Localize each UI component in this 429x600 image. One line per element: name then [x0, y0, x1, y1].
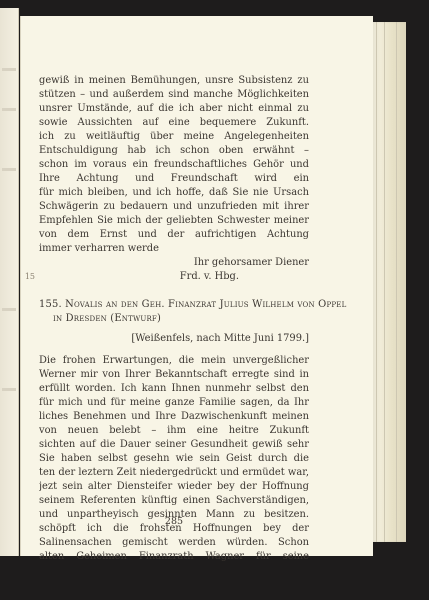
line-text: ten der leztern Zeit niedergedrückt und …: [39, 467, 309, 480]
line-text: für mich und für meine ganze Familie sag…: [39, 397, 309, 410]
text-line: Salinensachen gemischt werden würden. Sc…: [39, 536, 309, 550]
line-text: Werner mir von Ihrer Bekanntschaft erreg…: [39, 369, 309, 382]
book-page: gewiß in meinen Bemühungen, unsre Subsis…: [20, 16, 373, 556]
line-text: jezt sein alter Diensteifer wieder bey d…: [39, 481, 309, 494]
line-text: ich zu weitläuftig über meine Angelegenh…: [39, 131, 309, 144]
text-line: liches Benehmen und Ihre Dazwischenkunft…: [39, 410, 309, 424]
text-line: erfüllt worden. Ich kann Ihnen nunmehr s…: [39, 382, 309, 396]
text-line: 5ich zu weitläuftig über meine Angelegen…: [39, 130, 309, 144]
text-line: 10Schwägerin zu bedauern und unzufrieden…: [39, 200, 309, 214]
line-text: alten Geheimen Finanzrath Wagner für sei…: [39, 551, 309, 564]
line-text: erfüllt worden. Ich kann Ihnen nunmehr s…: [39, 383, 309, 396]
text-line: jezt sein alter Diensteifer wieder bey d…: [39, 480, 309, 494]
text-line: für mich bleiben, und ich hoffe, daß Sie…: [39, 186, 309, 200]
dateline: [Weißenfels, nach Mitte Juni 1799.]: [39, 332, 309, 346]
line-text: von dem Ernst und der aufrichtigen Achtu…: [39, 229, 309, 242]
text-line: alten Geheimen Finanzrath Wagner für sei…: [39, 550, 309, 564]
text-line: von dem Ernst und der aufrichtigen Achtu…: [39, 228, 309, 242]
line-text: liches Benehmen und Ihre Dazwischenkunft…: [39, 411, 309, 424]
letter-body: Die frohen Erwartungen, die mein unverge…: [39, 354, 309, 564]
line-text: Entschuldigung hab ich schon oben erwähn…: [39, 145, 309, 158]
bleed-through-text: [2, 168, 16, 171]
text-line: 25sichten auf die Dauer seiner Gesundhei…: [39, 438, 309, 452]
text-line: Empfehlen Sie mich der geliebten Schwest…: [39, 214, 309, 228]
line-text: unsrer Umstände, auf die ich aber nicht …: [39, 103, 309, 116]
text-line: Die frohen Erwartungen, die mein unverge…: [39, 354, 309, 368]
bleed-through-text: [2, 108, 16, 111]
line-text: Sie haben selbst gesehn wie sein Geist d…: [39, 453, 309, 466]
page-content: gewiß in meinen Bemühungen, unsre Subsis…: [39, 74, 309, 564]
line-text: sichten auf die Dauer seiner Gesundheit …: [39, 439, 309, 452]
bleed-through-text: [2, 308, 16, 311]
page-stack-edge: [370, 22, 406, 542]
bleed-through-text: [2, 388, 16, 391]
text-line: Entschuldigung hab ich schon oben erwähn…: [39, 144, 309, 158]
line-text: Schwägerin zu bedauern und unzufrieden m…: [39, 201, 309, 214]
text-line: von neuen belebt – ihm eine heitre Zukun…: [39, 424, 309, 438]
line-text: seinem Referenten künftig einen Sachvers…: [39, 495, 309, 508]
line-text: immer verharren werde: [39, 243, 159, 254]
spacer: [39, 346, 309, 354]
line-text: stützen – und außerdem sind manche Mögli…: [39, 89, 309, 102]
text-line: Sie haben selbst gesehn wie sein Geist d…: [39, 452, 309, 466]
text-line: schon im voraus ein freundschaftliches G…: [39, 158, 309, 172]
page-number: 285: [39, 516, 309, 527]
signature-text: Frd. v. Hbg.: [180, 271, 309, 282]
page-edge-line: [376, 22, 377, 542]
text-line: Ihre Achtung und Freundschaft wird ein e…: [39, 172, 309, 186]
text-line: gewiß in meinen Bemühungen, unsre Subsis…: [39, 74, 309, 88]
letter-heading-sub: in Dresden (Entwurf): [39, 312, 309, 326]
letter-heading: 155. Novalis an den Geh. Finanzrat Juliu…: [39, 298, 309, 312]
line-text: gewiß in meinen Bemühungen, unsre Subsis…: [39, 75, 309, 88]
text-line: seinem Referenten künftig einen Sachvers…: [39, 494, 309, 508]
paragraph-continuation: gewiß in meinen Bemühungen, unsre Subsis…: [39, 74, 309, 256]
line-text: Empfehlen Sie mich der geliebten Schwest…: [39, 215, 309, 228]
line-text: Salinensachen gemischt werden würden. Sc…: [39, 537, 309, 550]
text-line: immer verharren werde: [39, 242, 309, 256]
line-text: schon im voraus ein freundschaftliches G…: [39, 159, 309, 172]
text-line: stützen – und außerdem sind manche Mögli…: [39, 88, 309, 102]
text-line: sowie Aussichten auf eine bequemere Zuku…: [39, 116, 309, 130]
signature: 15 Frd. v. Hbg.: [39, 270, 309, 284]
text-line: ten der leztern Zeit niedergedrückt und …: [39, 466, 309, 480]
line-text: von neuen belebt – ihm eine heitre Zukun…: [39, 425, 309, 438]
line-text: für mich bleiben, und ich hoffe, daß Sie…: [39, 187, 309, 200]
text-line: 20Werner mir von Ihrer Bekanntschaft err…: [39, 368, 309, 382]
line-text: Ihre Achtung und Freundschaft wird ein e…: [39, 173, 309, 186]
closing-salutation: Ihr gehorsamer Diener: [39, 256, 309, 270]
line-text: sowie Aussichten auf eine bequemere Zuku…: [39, 117, 309, 130]
line-text: Die frohen Erwartungen, die mein unverge…: [39, 355, 309, 368]
left-facing-page-edge: [0, 8, 19, 556]
bleed-through-text: [2, 68, 16, 71]
text-line: unsrer Umstände, auf die ich aber nicht …: [39, 102, 309, 116]
page-edge-line: [396, 22, 397, 542]
text-line: für mich und für meine ganze Familie sag…: [39, 396, 309, 410]
line-number: 15: [23, 270, 35, 284]
spacer: [39, 284, 309, 298]
closing-line: Ihr gehorsamer Diener: [194, 257, 309, 268]
page-edge-line: [384, 22, 385, 542]
